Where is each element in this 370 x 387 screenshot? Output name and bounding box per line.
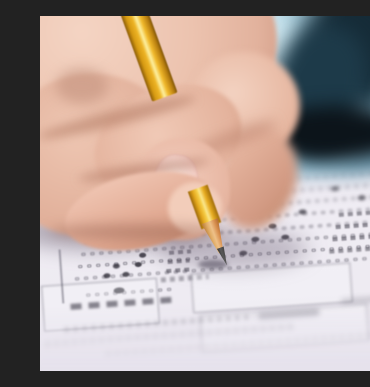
filled-bubble (139, 252, 146, 257)
knuckle-dimple (56, 68, 108, 104)
photo-exam-answer-sheet: Close-up photograph of a hand gripping a… (40, 16, 370, 371)
filled-bubble (135, 262, 142, 267)
filled-bubble (113, 263, 120, 268)
bottom-blur-wash (40, 308, 370, 371)
pencil-tip-shadow (198, 260, 228, 269)
